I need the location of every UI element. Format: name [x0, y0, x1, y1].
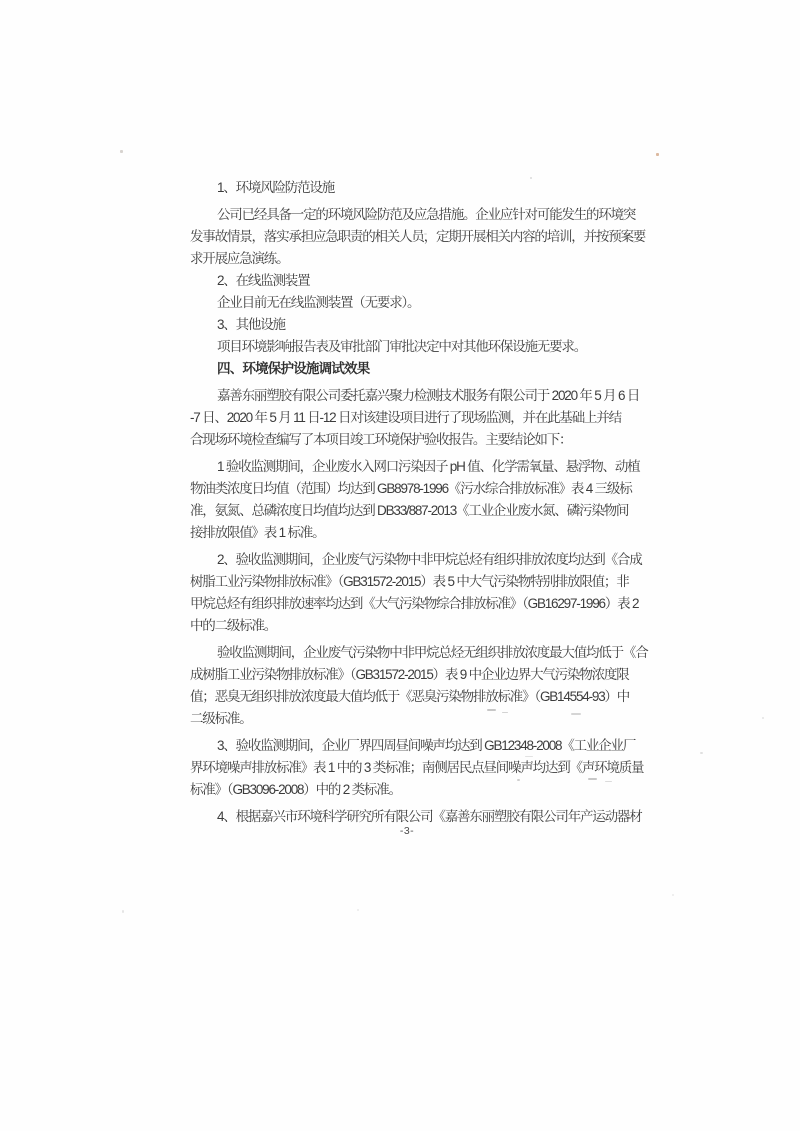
text-line: 界环境噪声排放标准》表 1 中的 3 类标准；南侧居民点昼间噪声均达到《声环境质…	[190, 757, 630, 779]
text-line: 中的二级标准。	[190, 615, 630, 637]
text-line: 值；恶臭无组织排放浓度最大值均低于《恶臭污染物排放标准》（GB14554-93）…	[190, 686, 630, 708]
text-line: 1、环境风险防范设施	[190, 177, 630, 199]
scan-artifact	[700, 752, 703, 754]
text-line: 项目环境影响报告表及审批部门审批决定中对其他环保设施无要求。	[190, 336, 630, 358]
scan-artifact	[357, 909, 359, 911]
document-body: 1、环境风险防范设施公司已经具备一定的环境风险防范及应急措施。企业应针对可能发生…	[190, 177, 630, 828]
text-line: 二级标准。	[190, 708, 630, 730]
text-line: 成树脂工业污染物排放标准》（GB31572-2015）表 9 中企业边界大气污染…	[190, 664, 630, 686]
text-line: 1 验收监测期间，企业废水入网口污染因子 pH 值、化学需氧量、悬浮物、动植	[190, 456, 630, 478]
text-line: 求开展应急演练。	[190, 248, 630, 270]
scanned-page: 1、环境风险防范设施公司已经具备一定的环境风险防范及应急措施。企业应针对可能发生…	[0, 0, 800, 1131]
page-number: -3-	[0, 825, 800, 837]
text-line: 3、验收监测期间，企业厂界四周昼间噪声均达到 GB12348-2008《工业企业…	[190, 735, 630, 757]
text-line: 企业目前无在线监测装置（无要求）。	[190, 292, 630, 314]
text-line: 公司已经具备一定的环境风险防范及应急措施。企业应针对可能发生的环境突	[190, 204, 630, 226]
text-line: 嘉善东丽塑胶有限公司委托嘉兴聚力检测技术服务有限公司于 2020 年 5 月 6…	[190, 385, 630, 407]
scan-artifact	[762, 717, 764, 719]
scan-artifact	[672, 894, 674, 896]
text-line: 准，氨氮、总磷浓度日均值均达到 DB33/887-2013《工业企业废水氮、磷污…	[190, 500, 630, 522]
scan-artifact	[120, 150, 123, 153]
text-line: 2、在线监测装置	[190, 270, 630, 292]
text-line: 四、环境保护设施调试效果	[190, 358, 630, 380]
scan-artifact	[656, 153, 659, 156]
text-line: 合现场环境检查编写了本项目竣工环境保护验收报告。主要结论如下：	[190, 429, 630, 451]
text-line: 验收监测期间，企业废气污染物中非甲烷总烃无组织排放浓度最大值均低于《合	[190, 642, 630, 664]
text-line: 物油类浓度日均值（范围）均达到 GB8978-1996《污水综合排放标准》表 4…	[190, 478, 630, 500]
text-line: 发事故情景，落实承担应急职责的相关人员，定期开展相关内容的培训，并按预案要	[190, 226, 630, 248]
text-line: 标准》（GB3096-2008）中的 2 类标准。	[190, 779, 630, 801]
text-line: -7 日、2020 年 5 月 11 日-12 日对该建设项目进行了现场监测，并…	[190, 407, 630, 429]
scan-artifact	[122, 910, 124, 913]
text-line: 2、验收监测期间，企业废气污染物中非甲烷总烃有组织排放浓度均达到《合成	[190, 549, 630, 571]
text-line: 3、其他设施	[190, 314, 630, 336]
text-line: 甲烷总烃有组织排放速率均达到《大气污染物综合排放标准》（GB16297-1996…	[190, 593, 630, 615]
text-line: 接排放限值》表 1 标准。	[190, 522, 630, 544]
text-line: 树脂工业污染物排放标准》（GB31572-2015）表 5 中大气污染物特别排放…	[190, 571, 630, 593]
